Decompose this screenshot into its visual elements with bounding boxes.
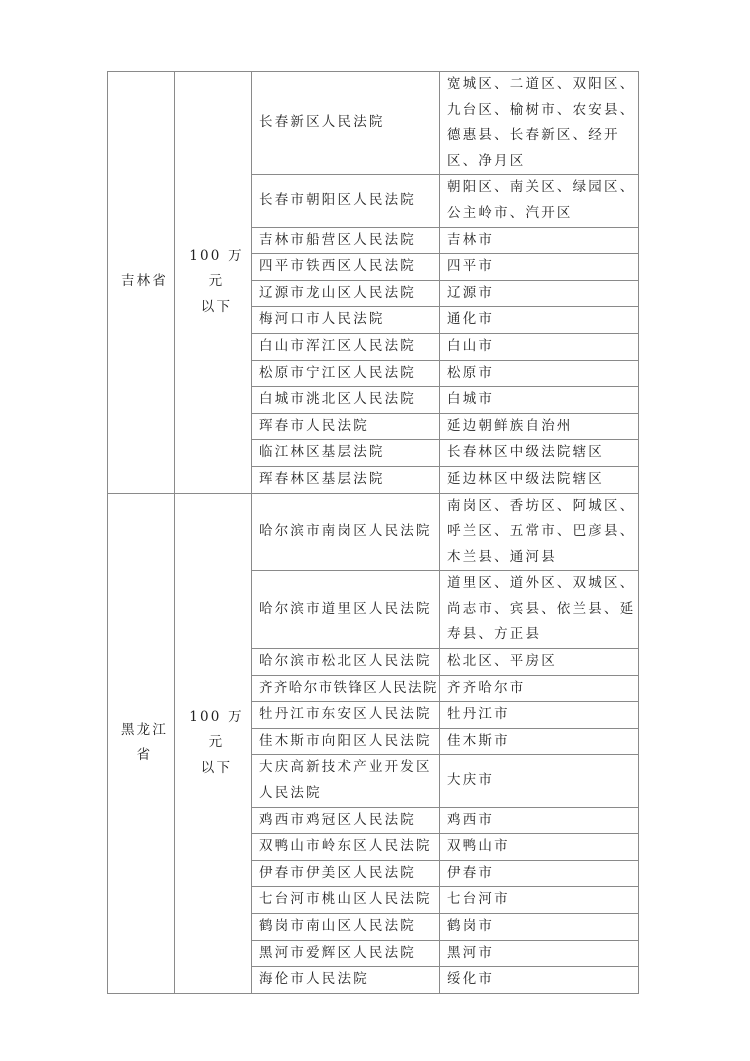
court-name: 海伦市人民法院	[252, 967, 440, 994]
jurisdiction: 道里区、道外区、双城区、尚志市、宾县、依兰县、延寿县、方正县	[440, 571, 639, 649]
amount-cell: 100 万元以下	[175, 493, 252, 993]
amount-line1: 100 万元	[189, 248, 244, 290]
jurisdiction: 吉林市	[440, 227, 639, 254]
jurisdiction: 松原市	[440, 360, 639, 387]
jurisdiction: 伊春市	[440, 860, 639, 887]
section-jilin: 吉林省 100 万元以下 长春新区人民法院 宽城区、二道区、双阳区、九台区、榆树…	[108, 72, 639, 494]
court-name: 伊春市伊美区人民法院	[252, 860, 440, 887]
court-name: 四平市铁西区人民法院	[252, 254, 440, 281]
court-name: 齐齐哈尔市铁锋区人民法院	[252, 675, 440, 702]
court-name: 鸡西市鸡冠区人民法院	[252, 807, 440, 834]
court-name: 白山市浑江区人民法院	[252, 333, 440, 360]
court-name: 辽源市龙山区人民法院	[252, 280, 440, 307]
jurisdiction: 四平市	[440, 254, 639, 281]
court-name: 哈尔滨市南岗区人民法院	[252, 493, 440, 571]
table-row: 黑龙江省 100 万元以下 哈尔滨市南岗区人民法院 南岗区、香坊区、阿城区、呼兰…	[108, 493, 639, 571]
jurisdiction: 延边林区中级法院辖区	[440, 466, 639, 493]
court-name: 黑河市爱辉区人民法院	[252, 940, 440, 967]
province-cell: 吉林省	[108, 72, 175, 494]
court-name: 七台河市桃山区人民法院	[252, 887, 440, 914]
court-name: 临江林区基层法院	[252, 440, 440, 467]
amount-line1: 100 万元	[189, 709, 244, 751]
jurisdiction: 辽源市	[440, 280, 639, 307]
jurisdiction: 黑河市	[440, 940, 639, 967]
province-cell: 黑龙江省	[108, 493, 175, 993]
amount-line2: 以下	[201, 760, 232, 776]
court-name: 白城市洮北区人民法院	[252, 387, 440, 414]
jurisdiction: 松北区、平房区	[440, 649, 639, 676]
court-name: 长春新区人民法院	[252, 72, 440, 175]
jurisdiction: 佳木斯市	[440, 728, 639, 755]
court-name: 佳木斯市向阳区人民法院	[252, 728, 440, 755]
jurisdiction: 鸡西市	[440, 807, 639, 834]
jurisdiction: 大庆市	[440, 755, 639, 807]
jurisdiction: 白城市	[440, 387, 639, 414]
court-name: 大庆高新技术产业开发区人民法院	[252, 755, 440, 807]
amount-line2: 以下	[201, 299, 232, 315]
jurisdiction: 七台河市	[440, 887, 639, 914]
jurisdiction: 牡丹江市	[440, 702, 639, 729]
jurisdiction: 长春林区中级法院辖区	[440, 440, 639, 467]
jurisdiction: 南岗区、香坊区、阿城区、呼兰区、五常市、巴彦县、木兰县、通河县	[440, 493, 639, 571]
court-name: 珲春市人民法院	[252, 413, 440, 440]
court-name: 哈尔滨市道里区人民法院	[252, 571, 440, 649]
court-name: 双鸭山市岭东区人民法院	[252, 834, 440, 861]
court-name: 哈尔滨市松北区人民法院	[252, 649, 440, 676]
court-name: 吉林市船营区人民法院	[252, 227, 440, 254]
jurisdiction: 朝阳区、南关区、绿园区、公主岭市、汽开区	[440, 175, 639, 227]
jurisdiction: 鹤岗市	[440, 914, 639, 941]
jurisdiction: 齐齐哈尔市	[440, 675, 639, 702]
jurisdiction: 通化市	[440, 307, 639, 334]
table-row: 吉林省 100 万元以下 长春新区人民法院 宽城区、二道区、双阳区、九台区、榆树…	[108, 72, 639, 175]
court-name: 梅河口市人民法院	[252, 307, 440, 334]
court-name: 松原市宁江区人民法院	[252, 360, 440, 387]
section-heilongjiang: 黑龙江省 100 万元以下 哈尔滨市南岗区人民法院 南岗区、香坊区、阿城区、呼兰…	[108, 493, 639, 993]
jurisdiction: 双鸭山市	[440, 834, 639, 861]
jurisdiction: 绥化市	[440, 967, 639, 994]
jurisdiction: 延边朝鲜族自治州	[440, 413, 639, 440]
jurisdiction: 宽城区、二道区、双阳区、九台区、榆树市、农安县、德惠县、长春新区、经开区、净月区	[440, 72, 639, 175]
court-name: 长春市朝阳区人民法院	[252, 175, 440, 227]
amount-cell: 100 万元以下	[175, 72, 252, 494]
court-name: 珲春林区基层法院	[252, 466, 440, 493]
jurisdiction: 白山市	[440, 333, 639, 360]
court-name: 鹤岗市南山区人民法院	[252, 914, 440, 941]
court-jurisdiction-table: 吉林省 100 万元以下 长春新区人民法院 宽城区、二道区、双阳区、九台区、榆树…	[107, 71, 639, 994]
court-name: 牡丹江市东安区人民法院	[252, 702, 440, 729]
